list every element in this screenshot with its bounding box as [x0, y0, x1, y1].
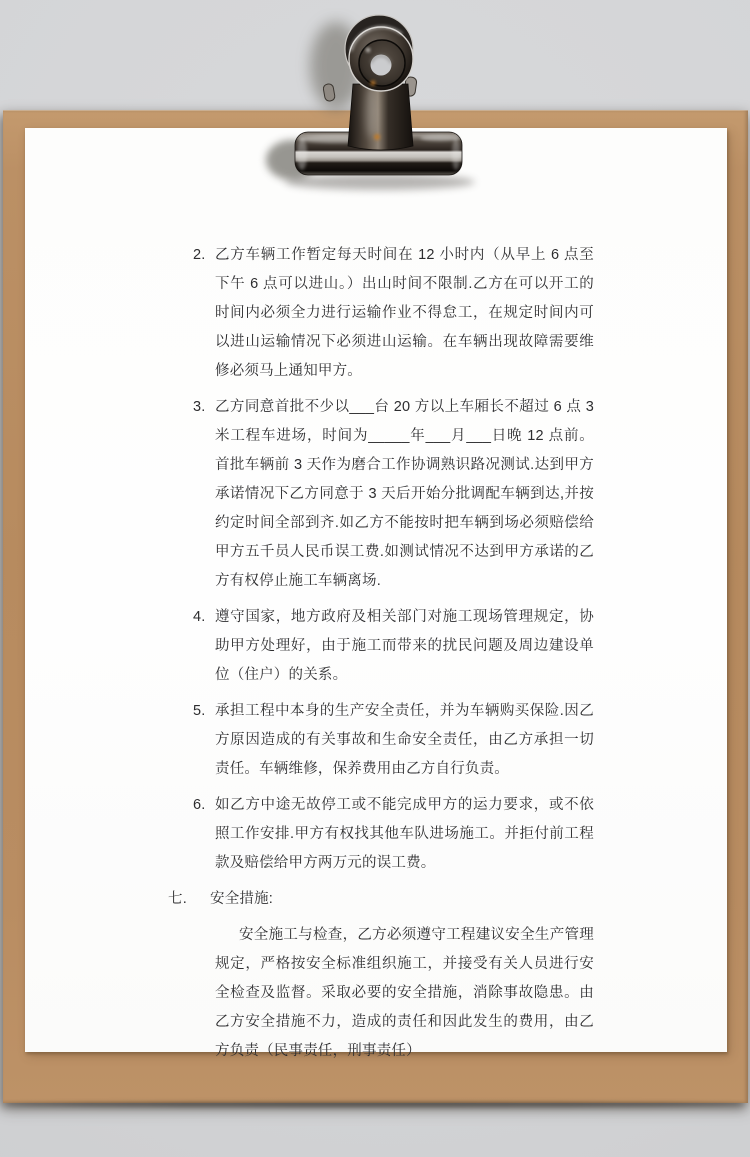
list-item-text: 如乙方中途无故停工或不能完成甲方的运力要求，或不依照工作安排.甲方有权找其他车队…	[215, 797, 594, 871]
list-item-number: 3.	[193, 393, 206, 422]
bar-top-highlight-right	[420, 135, 460, 141]
list-item-text: 遵守国家，地方政府及相关部门对施工现场管理规定，协助甲方处理好，由于施工而带来的…	[215, 609, 594, 683]
document-paper: 2. 乙方车辆工作暂定每天时间在 12 小时内（从早上 6 点至下午 6 点可以…	[25, 128, 727, 1052]
list-item-text: 乙方车辆工作暂定每天时间在 12 小时内（从早上 6 点至下午 6 点可以进山。…	[215, 247, 594, 379]
bar-left-edge-highlight	[297, 138, 307, 170]
section-paragraph: 安全施工与检查，乙方必须遵守工程建议安全生产管理规定，严格按安全标准组织施工，并…	[215, 921, 594, 1066]
list-item-number: 6.	[193, 791, 206, 820]
list-item-number: 5.	[193, 697, 206, 726]
list-item: 5. 承担工程中本身的生产安全责任，并为车辆购买保险.因乙方原因造成的有关事故和…	[215, 697, 594, 784]
list-item: 2. 乙方车辆工作暂定每天时间在 12 小时内（从早上 6 点至下午 6 点可以…	[215, 241, 594, 386]
list-item: 4. 遵守国家，地方政府及相关部门对施工现场管理规定，协助甲方处理好，由于施工而…	[215, 603, 594, 690]
bar-right-edge-highlight	[452, 138, 460, 170]
list-item-number: 4.	[193, 603, 206, 632]
bulldog-clip	[250, 8, 500, 200]
disc-spec-dot	[366, 48, 370, 52]
section-title: 安全措施:	[210, 891, 273, 907]
list-item: 3. 乙方同意首批不少以___台 20 方以上车厢长不超过 6 点 3 米工程车…	[215, 393, 594, 596]
section-number: 七.	[168, 885, 187, 914]
neck-glint	[374, 134, 380, 140]
list-item-text: 乙方同意首批不少以___台 20 方以上车厢长不超过 6 点 3 米工程车进场，…	[215, 399, 594, 589]
neck-highlight	[365, 86, 377, 138]
clip-neck	[348, 84, 413, 150]
contract-text-block: 2. 乙方车辆工作暂定每天时间在 12 小时内（从早上 6 点至下午 6 点可以…	[215, 241, 594, 1073]
disc-glint	[371, 81, 376, 86]
clip-under-shadow	[285, 174, 475, 190]
section-heading: 七. 安全措施:	[215, 885, 594, 914]
photo-backdrop: 2. 乙方车辆工作暂定每天时间在 12 小时内（从早上 6 点至下午 6 点可以…	[0, 0, 750, 1157]
list-item-number: 2.	[193, 241, 206, 270]
list-item-text: 承担工程中本身的生产安全责任，并为车辆购买保险.因乙方原因造成的有关事故和生命安…	[215, 703, 594, 777]
list-item: 6. 如乙方中途无故停工或不能完成甲方的运力要求，或不依照工作安排.甲方有权找其…	[215, 791, 594, 878]
